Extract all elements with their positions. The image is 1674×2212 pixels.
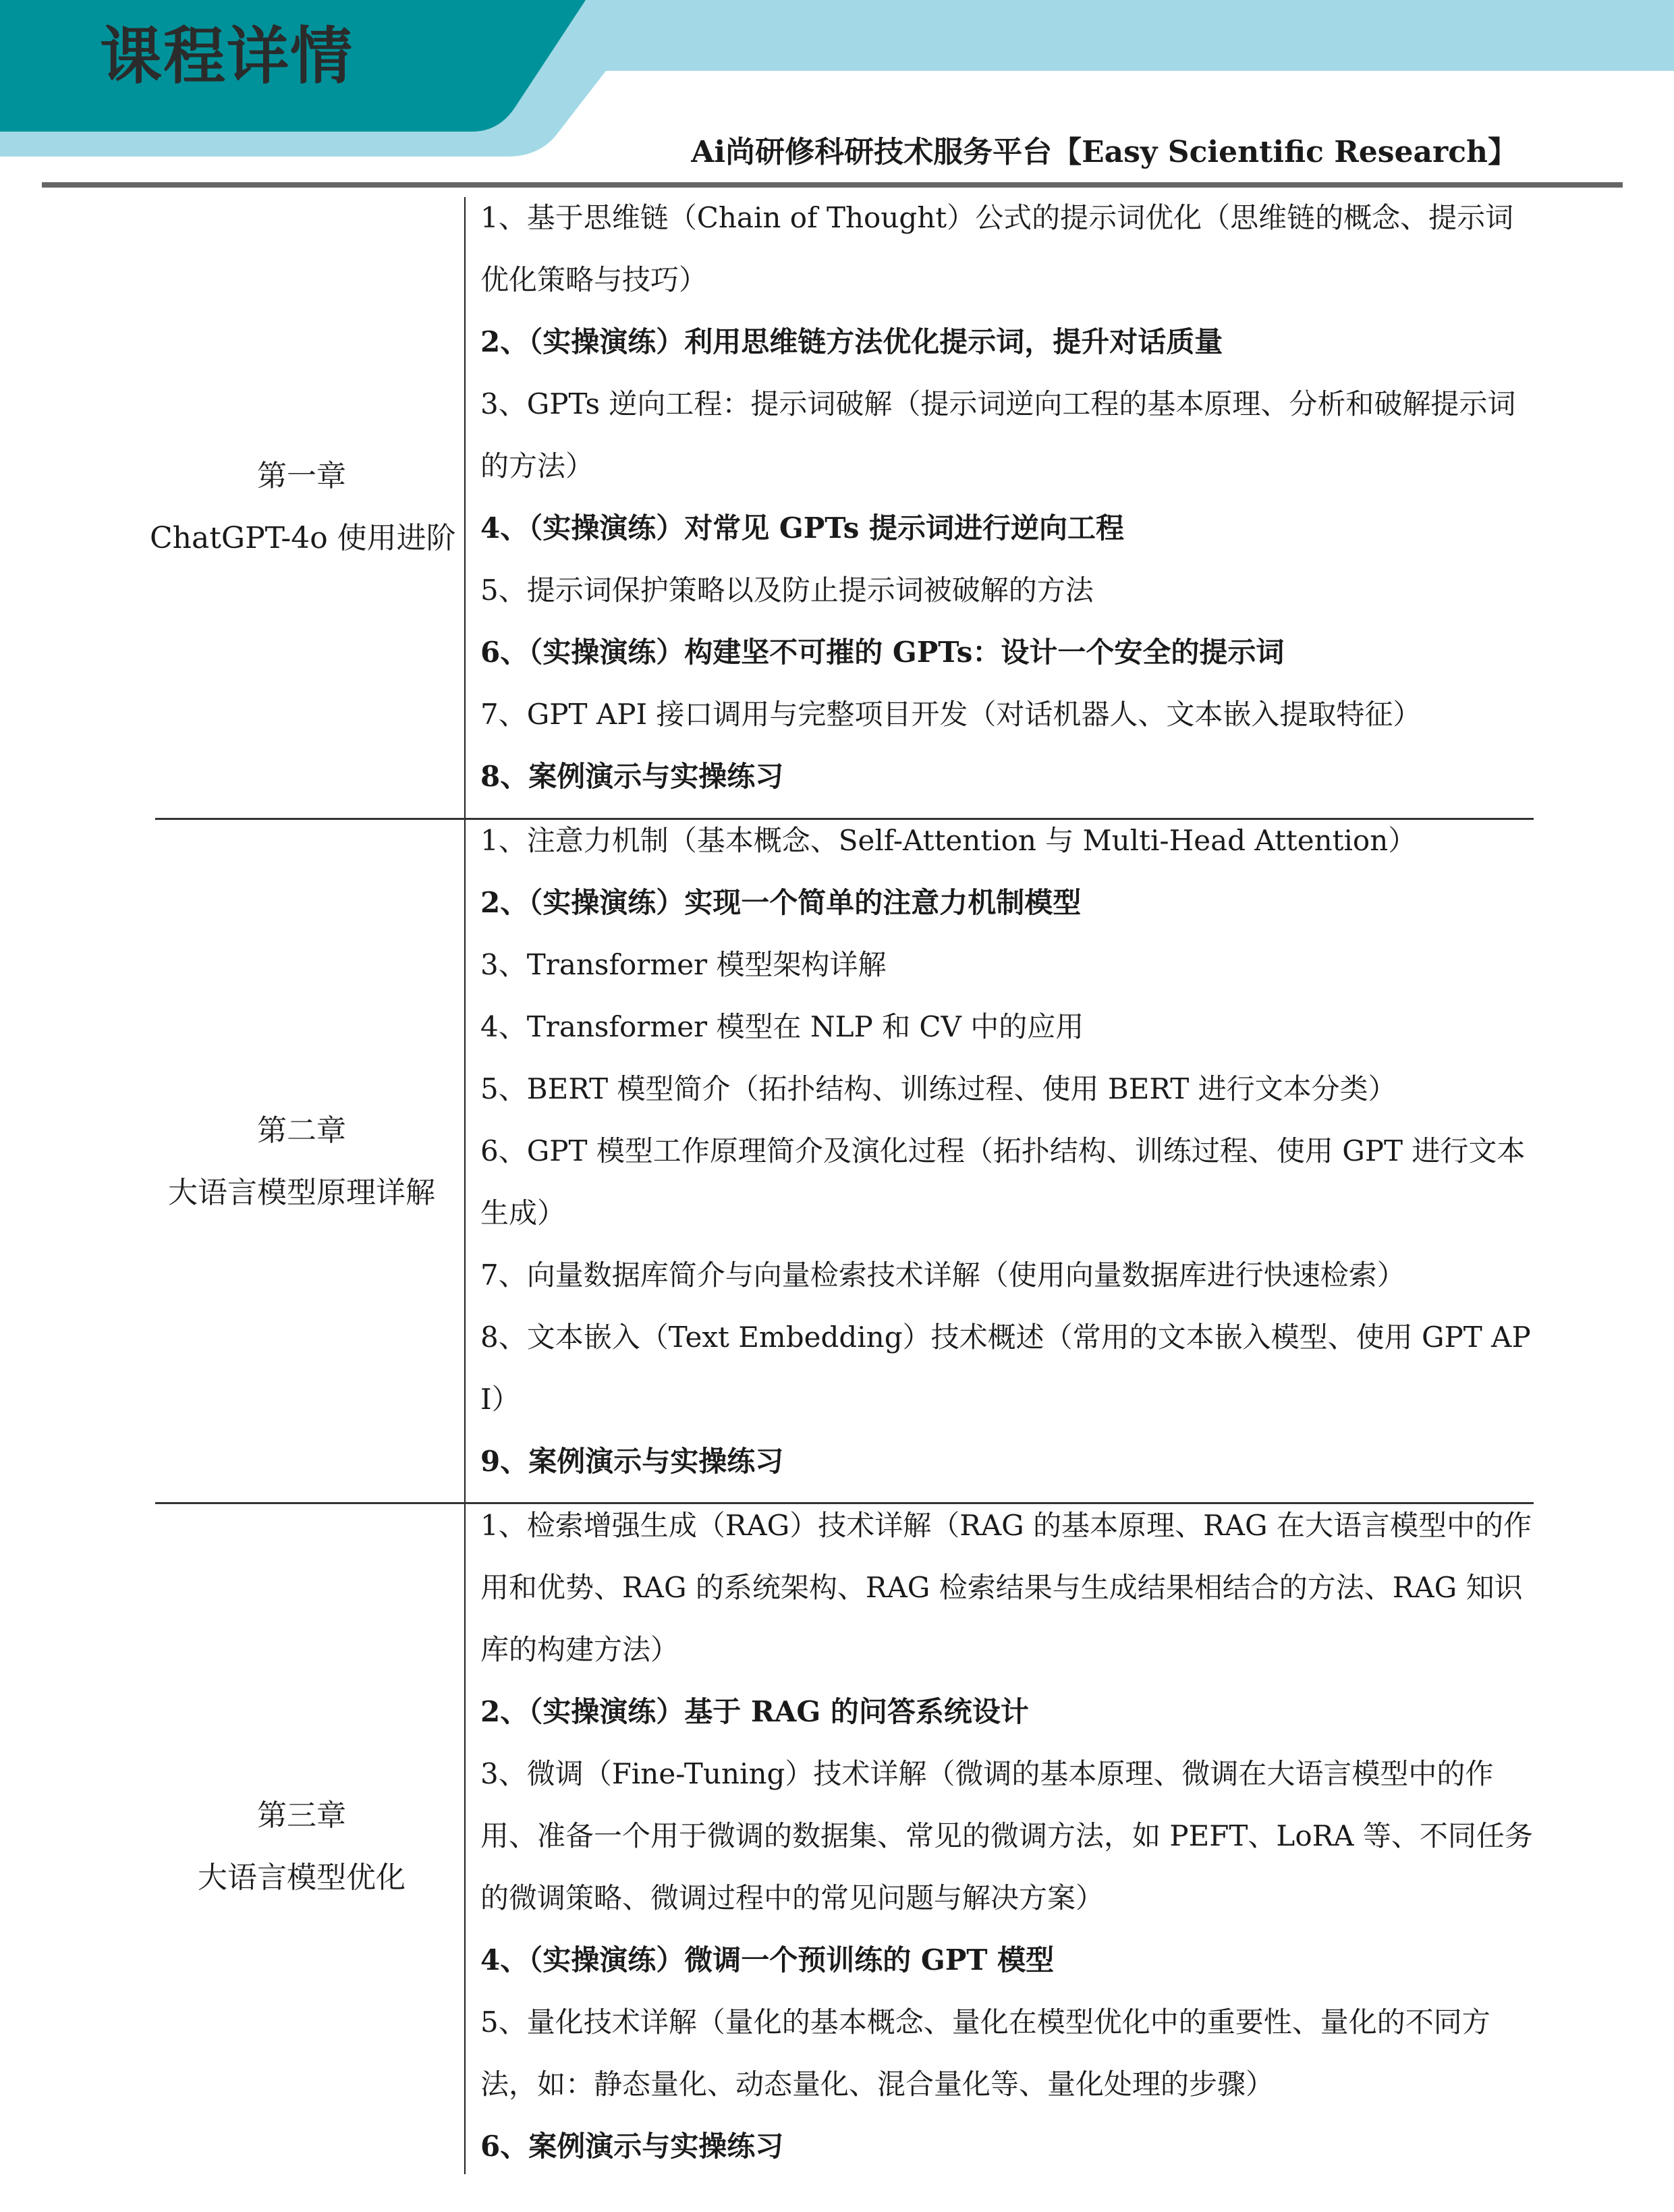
chapter-1-items: 1、基于思维链（Chain of Thought）公式的提示词优化（思维链的概念… [480, 187, 1533, 808]
chapter-3-items: 1、检索增强生成（RAG）技术详解（RAG 的基本原理、RAG 在大语言模型中的… [480, 1495, 1533, 2178]
chapter-name: 大语言模型优化 [150, 1847, 453, 1909]
list-item: 2、（实操演练）基于 RAG 的问答系统设计 [480, 1681, 1533, 1743]
list-item: 3、微调（Fine-Tuning）技术详解（微调的基本原理、微调在大语言模型中的… [480, 1743, 1533, 1929]
list-item: 8、文本嵌入（Text Embedding）技术概述（常用的文本嵌入模型、使用 … [480, 1306, 1533, 1431]
chapter-number: 第三章 [150, 1785, 453, 1847]
list-item: 5、提示词保护策略以及防止提示词被破解的方法 [480, 559, 1533, 621]
list-item: 4、（实操演练）对常见 GPTs 提示词进行逆向工程 [480, 497, 1533, 559]
list-item: 3、Transformer 模型架构详解 [480, 934, 1533, 996]
chapter-name: 大语言模型原理详解 [150, 1162, 453, 1224]
list-item: 6、（实操演练）构建坚不可摧的 GPTs：设计一个安全的提示词 [480, 621, 1533, 684]
list-item: 1、基于思维链（Chain of Thought）公式的提示词优化（思维链的概念… [480, 187, 1533, 311]
chapter-number: 第二章 [150, 1100, 453, 1162]
list-item: 5、BERT 模型简介（拓扑结构、训练过程、使用 BERT 进行文本分类） [480, 1058, 1533, 1120]
list-item: 7、向量数据库简介与向量检索技术详解（使用向量数据库进行快速检索） [480, 1244, 1533, 1306]
list-item: 1、注意力机制（基本概念、Self-Attention 与 Multi-Head… [480, 810, 1533, 872]
list-item: 6、案例演示与实操练习 [480, 2116, 1533, 2178]
chapter-1-label: 第一章 ChatGPT-4o 使用进阶 [150, 445, 453, 570]
course-table: 第一章 ChatGPT-4o 使用进阶 1、基于思维链（Chain of Tho… [0, 0, 1674, 2212]
chapter-2-items: 1、注意力机制（基本概念、Self-Attention 与 Multi-Head… [480, 810, 1533, 1493]
list-item: 9、案例演示与实操练习 [480, 1431, 1533, 1493]
list-item: 3、GPTs 逆向工程：提示词破解（提示词逆向工程的基本原理、分析和破解提示词的… [480, 373, 1533, 497]
chapter-number: 第一章 [150, 445, 453, 507]
list-item: 4、（实操演练）微调一个预训练的 GPT 模型 [480, 1929, 1533, 1991]
list-item: 5、量化技术详解（量化的基本概念、量化在模型优化中的重要性、量化的不同方法，如：… [480, 1991, 1533, 2116]
chapter-3-label: 第三章 大语言模型优化 [150, 1785, 453, 1909]
chapter-name: ChatGPT-4o 使用进阶 [150, 507, 453, 570]
chapter-2-label: 第二章 大语言模型原理详解 [150, 1100, 453, 1224]
list-item: 2、（实操演练）利用思维链方法优化提示词，提升对话质量 [480, 311, 1533, 373]
list-item: 2、（实操演练）实现一个简单的注意力机制模型 [480, 872, 1533, 934]
column-divider [464, 197, 466, 2174]
list-item: 1、检索增强生成（RAG）技术详解（RAG 的基本原理、RAG 在大语言模型中的… [480, 1495, 1533, 1681]
list-item: 7、GPT API 接口调用与完整项目开发（对话机器人、文本嵌入提取特征） [480, 684, 1533, 746]
list-item: 4、Transformer 模型在 NLP 和 CV 中的应用 [480, 996, 1533, 1058]
list-item: 6、GPT 模型工作原理简介及演化过程（拓扑结构、训练过程、使用 GPT 进行文… [480, 1120, 1533, 1244]
list-item: 8、案例演示与实操练习 [480, 746, 1533, 808]
